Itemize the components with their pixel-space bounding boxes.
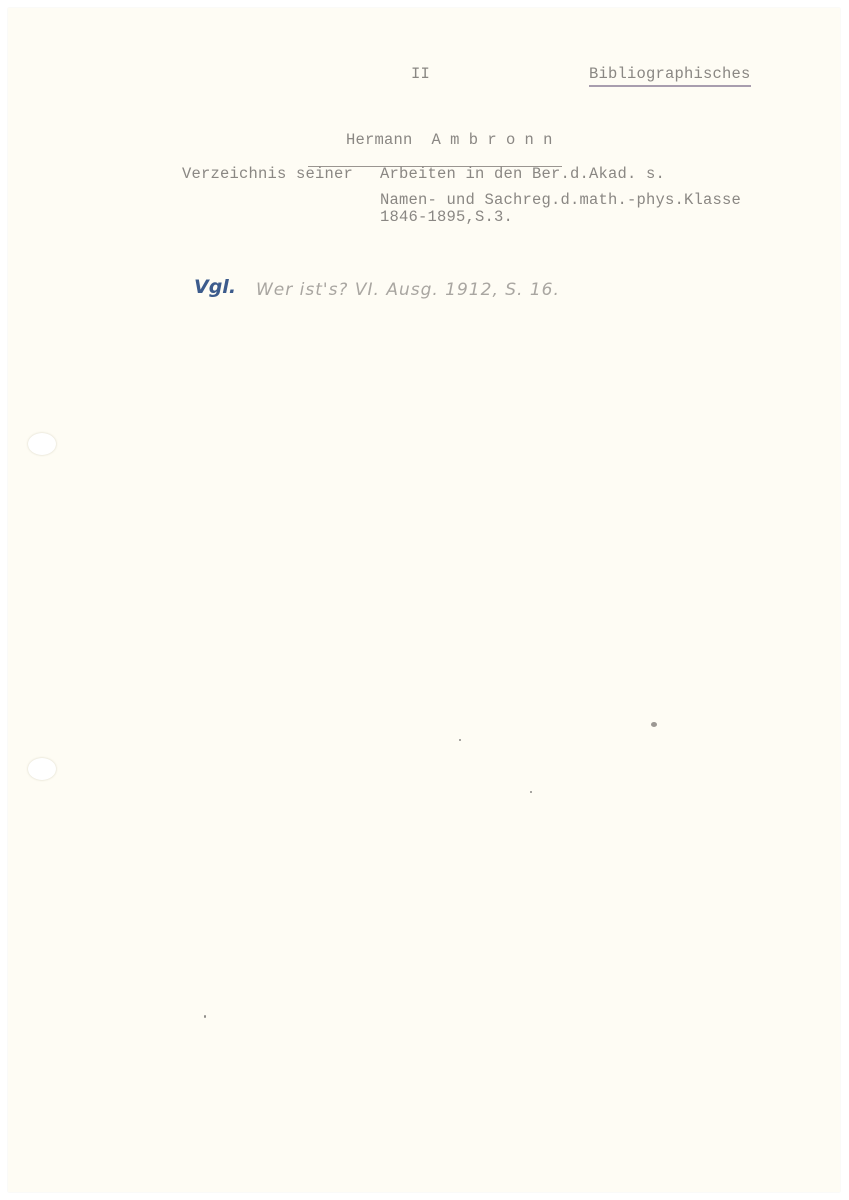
- entry-line-2: Namen- und Sachreg.d.math.-phys.Klasse: [380, 192, 741, 208]
- category-heading: Bibliographisches: [589, 66, 751, 87]
- punch-hole-bottom: [28, 758, 56, 780]
- last-name: Ambronn: [432, 131, 562, 149]
- entry-line-1: Arbeiten in den Ber.d.Akad. s.: [380, 166, 665, 182]
- page-number: II: [411, 66, 430, 82]
- name-gap: [413, 131, 432, 149]
- document-page: II Bibliographisches Hermann Ambronn Ver…: [8, 8, 840, 1192]
- punch-hole-top: [28, 433, 56, 455]
- entry-line-3: 1846-1895,S.3.: [380, 209, 513, 225]
- entry-label: Verzeichnis seiner: [182, 166, 353, 182]
- speck: [651, 722, 657, 727]
- handwritten-prefix: Vgl.: [194, 276, 236, 298]
- speck: [459, 739, 461, 741]
- speck: [204, 1015, 206, 1018]
- person-name: Hermann Ambronn: [308, 116, 562, 167]
- handwritten-reference: Wer ist's? VI. Ausg. 1912, S. 16.: [256, 280, 560, 300]
- speck: [530, 791, 532, 793]
- first-name: Hermann: [346, 131, 413, 149]
